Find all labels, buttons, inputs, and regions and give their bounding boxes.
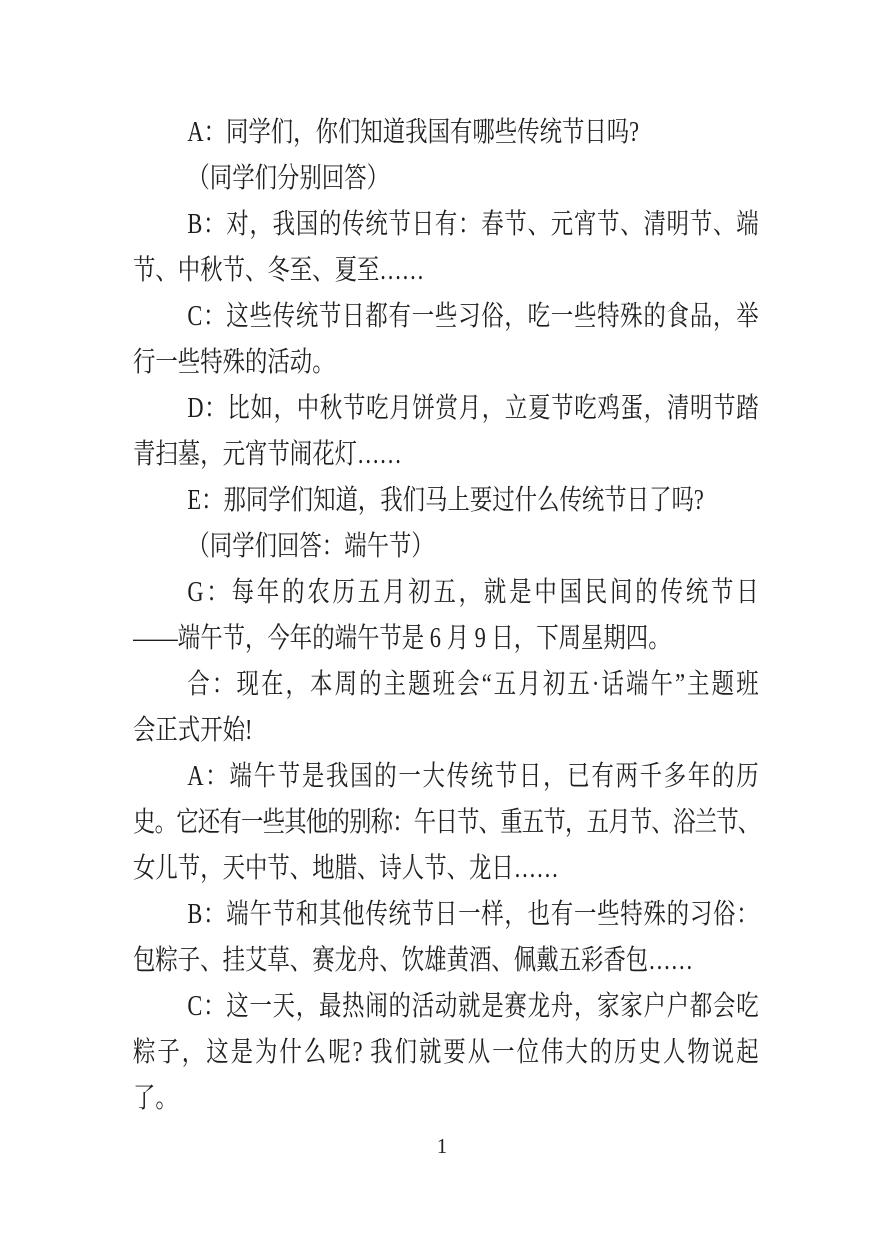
text-line: ——端午节，今年的端午节是 6 月 9 日，下周星期四。 bbox=[133, 616, 759, 662]
text-line: 节、中秋节、冬至、夏至…… bbox=[133, 248, 759, 294]
text-line: C：这些传统节日都有一些习俗，吃一些特殊的食品，举 bbox=[133, 294, 759, 340]
text-line: D：比如，中秋节吃月饼赏月，立夏节吃鸡蛋，清明节踏 bbox=[133, 386, 759, 432]
text-line: 会正式开始! bbox=[133, 708, 759, 754]
text-line: 行一些特殊的活动。 bbox=[133, 340, 759, 386]
document-body: A：同学们，你们知道我国有哪些传统节日吗? （同学们分别回答） B：对，我国的传… bbox=[133, 110, 759, 1122]
paragraph: （同学们回答：端午节） bbox=[133, 524, 759, 570]
paragraph: B：端午节和其他传统节日一样，也有一些特殊的习俗： 包粽子、挂艾草、赛龙舟、饮雄… bbox=[133, 892, 759, 984]
text-line: 青扫墓，元宵节闹花灯…… bbox=[133, 432, 759, 478]
paragraph: E：那同学们知道，我们马上要过什么传统节日了吗? bbox=[133, 478, 759, 524]
page-footer: 1 bbox=[0, 1134, 884, 1159]
text-line: C：这一天，最热闹的活动就是赛龙舟，家家户户都会吃 bbox=[133, 984, 759, 1030]
paragraph: B：对，我国的传统节日有：春节、元宵节、清明节、端午 节、中秋节、冬至、夏至…… bbox=[133, 202, 759, 294]
paragraph: C：这一天，最热闹的活动就是赛龙舟，家家户户都会吃 粽子，这是为什么呢? 我们就… bbox=[133, 984, 759, 1122]
text-line: E：那同学们知道，我们马上要过什么传统节日了吗? bbox=[133, 478, 759, 524]
text-line: 包粽子、挂艾草、赛龙舟、饮雄黄酒、佩戴五彩香包…… bbox=[133, 938, 759, 984]
page-number: 1 bbox=[437, 1134, 448, 1158]
paragraph: A：同学们，你们知道我国有哪些传统节日吗? bbox=[133, 110, 759, 156]
text-line: G：每年的农历五月初五，就是中国民间的传统节日 bbox=[133, 570, 759, 616]
text-line: 粽子，这是为什么呢? 我们就要从一位伟大的历史人物说起 bbox=[133, 1030, 759, 1076]
text-line: （同学们分别回答） bbox=[133, 156, 759, 202]
text-line: 女儿节，天中节、地腊、诗人节、龙日…… bbox=[133, 846, 759, 892]
text-line: 了。 bbox=[133, 1076, 759, 1122]
text-line: B：端午节和其他传统节日一样，也有一些特殊的习俗： bbox=[133, 892, 759, 938]
text-line: A：同学们，你们知道我国有哪些传统节日吗? bbox=[133, 110, 759, 156]
text-line: 史。它还有一些其他的别称：午日节、重五节，五月节、浴兰节、 bbox=[133, 800, 759, 846]
paragraph: G：每年的农历五月初五，就是中国民间的传统节日 ——端午节，今年的端午节是 6 … bbox=[133, 570, 759, 662]
paragraph: D：比如，中秋节吃月饼赏月，立夏节吃鸡蛋，清明节踏 青扫墓，元宵节闹花灯…… bbox=[133, 386, 759, 478]
text-line: 合：现在，本周的主题班会“五月初五·话端午”主题班 bbox=[133, 662, 759, 708]
text-line: （同学们回答：端午节） bbox=[133, 524, 759, 570]
text-line: A：端午节是我国的一大传统节日，已有两千多年的历 bbox=[133, 754, 759, 800]
paragraph: C：这些传统节日都有一些习俗，吃一些特殊的食品，举 行一些特殊的活动。 bbox=[133, 294, 759, 386]
paragraph: A：端午节是我国的一大传统节日，已有两千多年的历 史。它还有一些其他的别称：午日… bbox=[133, 754, 759, 892]
text-line: B：对，我国的传统节日有：春节、元宵节、清明节、端午 bbox=[133, 202, 759, 248]
paragraph: 合：现在，本周的主题班会“五月初五·话端午”主题班 会正式开始! bbox=[133, 662, 759, 754]
document-page: A：同学们，你们知道我国有哪些传统节日吗? （同学们分别回答） B：对，我国的传… bbox=[0, 0, 884, 1250]
paragraph: （同学们分别回答） bbox=[133, 156, 759, 202]
